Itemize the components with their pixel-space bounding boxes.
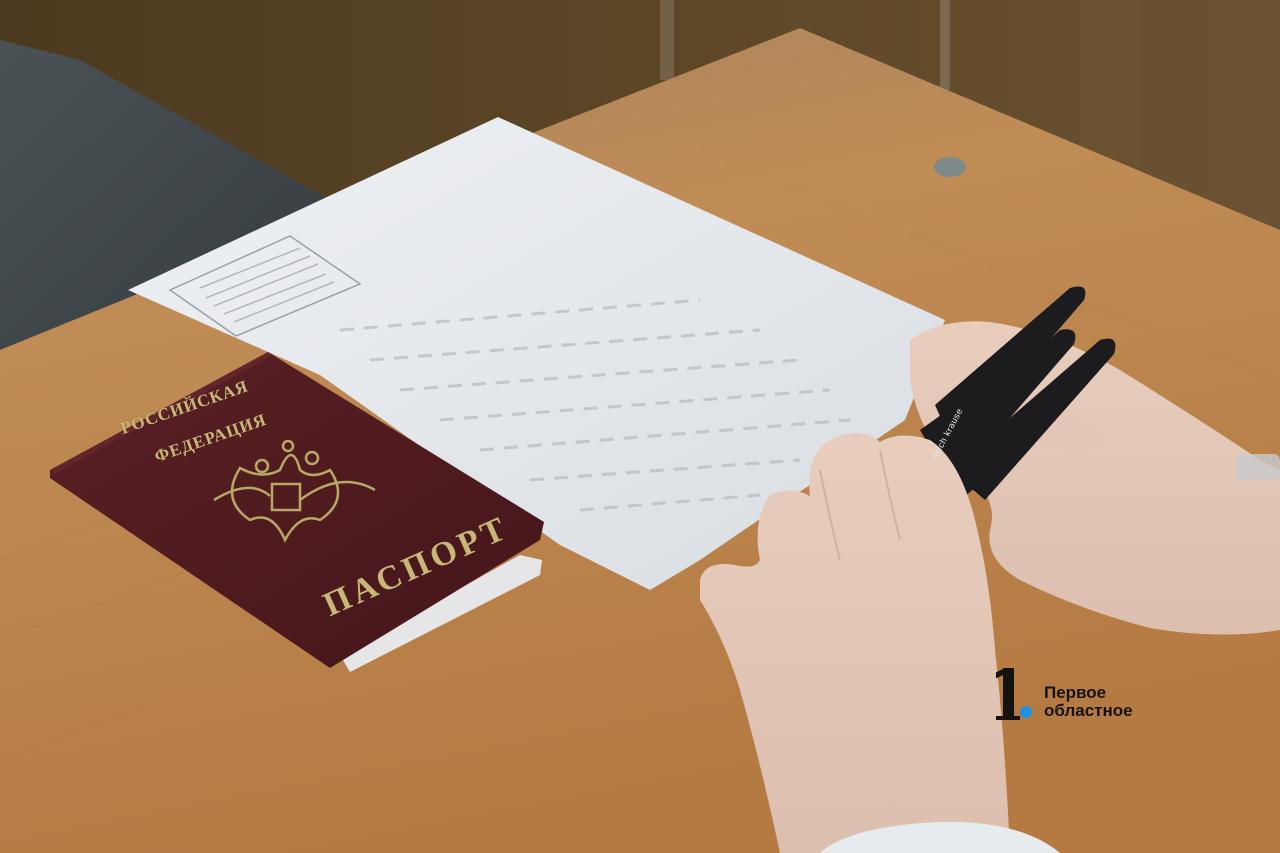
watermark-line2: областное <box>1044 702 1133 720</box>
watermark-text: Первое областное <box>1044 684 1133 720</box>
watermark-logo: Первое областное <box>994 666 1133 720</box>
logo-numeral-one-icon <box>994 668 1022 720</box>
photo-scene: РОССИЙСКАЯ ФЕДЕРАЦИЯ ПАСПОРТ erich kraus… <box>0 0 1280 853</box>
photo-background <box>0 0 1280 853</box>
watermark-line1: Первое <box>1044 684 1133 702</box>
